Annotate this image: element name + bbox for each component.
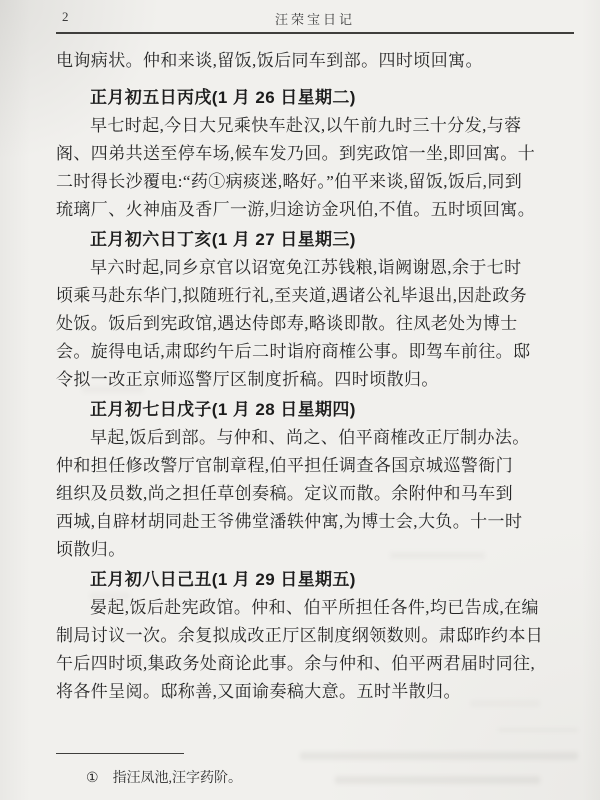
diary-line: 晏起,饭后赴宪政馆。仲和、伯平所担任各件,均已告成,在编 [56,594,574,622]
diary-line: 会。旋得电话,肃邸约午后二时诣府商榷公事。即驾车前往。邸 [56,338,574,366]
footnote-marker: ① [86,771,99,786]
diary-line: 制局讨议一次。余复拟成改正厅区制度纲领数则。肃邸昨约本日 [56,622,574,650]
header-rule [56,32,574,34]
diary-line: 顷散归。 [56,536,574,564]
bleedthrough-smudge [498,729,578,731]
diary-line: 早六时起,同乡京官以诏宽免江苏钱粮,诣阙谢恩,余于七时 [56,254,574,282]
entry-heading: 正月初五日丙戌(1 月 26 日星期二) [56,84,574,112]
diary-line: 早起,饭后到部。与仲和、尚之、伯平商榷改正厅制办法。 [56,424,574,452]
entry-heading: 正月初六日丁亥(1 月 27 日星期三) [56,226,574,254]
entry-heading: 正月初八日己丑(1 月 29 日星期五) [56,566,574,594]
diary-body: 电询病状。仲和来谈,留饭,饭后同车到部。四时顷回寓。 正月初五日丙戌(1 月 2… [56,47,574,706]
diary-line: 早七时起,今日大兄乘快车赴汉,以午前九时三十分发,与蓉 [56,112,574,140]
diary-line: 组织及员数,尚之担任草创奏稿。定议而散。余附仲和马车到 [56,480,574,508]
running-header: 2 汪荣宝日记 [56,0,574,31]
footnote-rule [56,753,184,754]
diary-line: 西城,自辟材胡同赴王爷佛堂潘轶仲寓,为博士会,大负。十一时 [56,508,574,536]
scanned-book-page: 2 汪荣宝日记 电询病状。仲和来谈,留饭,饭后同车到部。四时顷回寓。 正月初五日… [0,0,600,800]
diary-line: 琉璃厂、火神庙及香厂一游,归途访金巩伯,不值。五时顷回寓。 [56,196,574,224]
text-column: 2 汪荣宝日记 电询病状。仲和来谈,留饭,饭后同车到部。四时顷回寓。 正月初五日… [56,0,574,792]
running-title: 汪荣宝日记 [56,9,574,28]
diary-line: 午后四时顷,集政务处商论此事。余与仲和、伯平两君届时同往, [56,650,574,678]
bleedthrough-smudge [82,386,144,393]
bleedthrough-smudge [470,700,540,707]
bleedthrough-smudge [390,552,485,559]
entry-heading: 正月初七日戊子(1 月 28 日星期四) [56,396,574,424]
diary-line: 仲和担任修改警厅官制章程,伯平担任调查各国京城巡警衙门 [56,452,574,480]
diary-line: 电询病状。仲和来谈,留饭,饭后同车到部。四时顷回寓。 [56,47,574,75]
diary-line: 阁、四弟共送至停车场,候车发乃回。到宪政馆一坐,即回寓。十 [56,140,574,168]
bleedthrough-smudge [90,592,130,600]
bleedthrough-smudge [300,752,578,760]
footnote-text: 指汪凤池,汪字药阶。 [113,771,243,786]
diary-line: 处饭。饭后到宪政馆,遇达侍郎寿,略谈即散。往凤老处为博士 [56,310,574,338]
bleedthrough-smudge [335,776,540,784]
diary-line: 顷乘马赴东华门,拟随班行礼,至夹道,遇诸公礼毕退出,因赴政务 [56,282,574,310]
diary-line: 二时得长沙覆电:“药①病痰迷,略好。”伯平来谈,留饭,饭后,同到 [56,168,574,196]
